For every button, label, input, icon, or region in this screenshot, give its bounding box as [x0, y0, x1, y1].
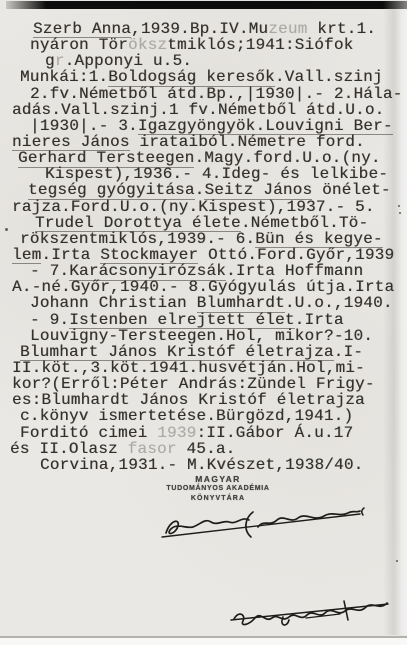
- typed-text-segment: zeum: [268, 21, 307, 37]
- library-stamp: MAGYAR TUDOMÁNYOS AKADÉMIA KÖNYVTÁRA: [128, 474, 308, 504]
- typed-line: A.-né.Győr,1940.- 8.Gyógyulás útja.Irta: [0, 279, 407, 295]
- typed-line: II.köt.,3.köt.1941.husvétján.Hol,mi-: [0, 360, 407, 376]
- typed-text-segment: és II.Olasz: [10, 441, 128, 457]
- typed-text-segment: kor?(Erről:Péter András:Zündel Frigy-: [12, 376, 375, 392]
- typed-line: Corvina,1931.- M.Kvészet,1938/40.: [0, 457, 407, 473]
- typed-text-segment: .Németből.Tö-: [241, 215, 368, 231]
- typed-line: adás.Vall.szinj.1 fv.Németből átd.U.o.: [0, 102, 407, 118]
- typed-text-segment: :II.Gábor Á.u.17: [196, 425, 353, 441]
- handwriting-strike-line: [162, 514, 360, 537]
- typed-text-segment: Louvigny-Tersteegen.Hol, mikor?-10.: [30, 328, 373, 344]
- typed-text-segment: g: [45, 53, 55, 69]
- typed-line: - 7.Karácsonyirózsák.Irta Hoffmann: [0, 263, 407, 279]
- typed-line: rajza.Ford.U.o.(ny.Kispest),1937.- 5.: [0, 199, 407, 215]
- stamp-line-1: MAGYAR: [128, 474, 308, 484]
- handwriting-stroke: [362, 508, 364, 515]
- typed-line: Johann Christian Blumhardt.U.o.,1940.: [0, 295, 407, 311]
- handwriting-stroke: [246, 512, 253, 537]
- paper-speck: [399, 212, 401, 214]
- typed-line: lem.Irta Stockmayer Ottó.Ford.Győr,1939: [0, 247, 407, 263]
- typed-line: kor?(Erről:Péter András:Zündel Frigy-: [0, 376, 407, 392]
- typed-text-segment: 2.fv.Németből átd.Bp.,|1930|.- 2.Hála-: [30, 86, 402, 102]
- typed-text-segment: 45.a.: [177, 441, 236, 457]
- typed-text-segment: .Magy.ford.U.o.(ny.: [194, 150, 380, 166]
- scan-top-edge: [6, 1, 407, 9]
- handwritten-note-upper: [156, 505, 368, 541]
- typed-text-segment: A.-né.Győr,1940.- 8.Gyógyulás útja.Irta: [12, 279, 394, 295]
- stamp-line-3: KÖNYVTÁRA: [128, 494, 308, 504]
- typed-line: Trudel Dorottya élete.Németből.Tö-: [0, 215, 407, 231]
- typed-line: c.könyv ismertetése.Bürgözd,1941.): [0, 408, 407, 424]
- typed-text-segment: .I-: [334, 344, 363, 360]
- typed-line: gr.Apponyi u.5.: [0, 53, 407, 69]
- typed-line: Gerhard Tersteegen.Magy.ford.U.o.(ny.: [0, 150, 407, 166]
- typed-text-segment: - 9.: [30, 312, 69, 328]
- handwritten-note-lower: [228, 592, 396, 626]
- paper-background: Szerb Anna,1939.Bp.IV.Muzeum krt.1.nyáro…: [0, 0, 407, 645]
- typed-line: Munkái:1.Boldogság keresők.Vall.szinj: [0, 69, 407, 85]
- typed-line: es:Blumhardt János Kristóf életrajza: [0, 392, 407, 408]
- typed-text-segment: öksz: [128, 37, 167, 53]
- typed-line: |1930|.- 3.Igazgyöngyök.Louvigni Ber-: [0, 118, 407, 134]
- typed-text-segment: Forditó cimei: [20, 425, 157, 441]
- typed-text-segment: rajza.Ford.U.o.(ny.Kispest),1937.- 5.: [12, 199, 375, 215]
- typed-text-segment: |1930|.- 3.: [30, 118, 138, 134]
- typed-text-segment: Corvina,1931.- M.Kvészet,1938/40.: [40, 457, 363, 473]
- typed-line: rökszentmiklós,1939.- 6.Bün és kegye-: [0, 231, 407, 247]
- typed-text-segment: fasor: [128, 441, 177, 457]
- typed-text-segment: Munkái:1.: [20, 69, 108, 85]
- typed-text-segment: tmiklós;1941:Siófok: [167, 37, 353, 53]
- typed-text-segment: .Irta: [295, 312, 344, 328]
- typed-text-segment: - 7.: [30, 263, 69, 279]
- typed-text-segment: es:Blumhardt János Kristóf életrajza: [12, 392, 365, 408]
- typed-text-segment: Kispest),1936.- 4.Ideg- és lelkibe-: [45, 166, 388, 182]
- typed-line: Blumhart János Kristóf életrajza.I-: [0, 344, 407, 360]
- typed-line: és II.Olasz fasor 45.a.: [0, 441, 407, 457]
- scan-bottom-margin: [0, 638, 407, 645]
- typed-text-segment: r: [55, 53, 65, 69]
- typed-line: Szerb Anna,1939.Bp.IV.Muzeum krt.1.: [0, 21, 407, 37]
- typed-text-segment: irataiból.Németre ford.: [130, 134, 365, 150]
- typed-line: nieres János irataiból.Németre ford.: [0, 134, 407, 150]
- stamp-line-2: TUDOMÁNYOS AKADÉMIA: [128, 484, 308, 494]
- typed-line: - 9.Istenben elrejtett élet.Irta: [0, 312, 407, 328]
- typed-text-segment: 1939: [157, 425, 196, 441]
- paper-speck: [5, 228, 8, 231]
- typed-text-segment: .Irta: [41, 247, 100, 263]
- typed-line: Louvigny-Tersteegen.Hol, mikor?-10.: [0, 328, 407, 344]
- typed-line: tegség gyógyitása.Seitz János önélet-: [0, 182, 407, 198]
- typed-text-segment: krt.1.: [307, 21, 376, 37]
- typed-text-segment: rökszentmiklós,1939.- 6.: [20, 231, 255, 247]
- typed-line: Forditó cimei 1939:II.Gábor Á.u.17: [0, 425, 407, 441]
- typed-text-segment: .Irta Hoffmann: [226, 263, 363, 279]
- typed-line: Kispest),1936.- 4.Ideg- és lelkibe-: [0, 166, 407, 182]
- typed-text-segment: nyáron Tör: [30, 37, 128, 53]
- typed-text-segment: c.könyv ismertetése.Bürgözd,1941.): [20, 408, 353, 424]
- typed-text-segment: .Apponyi u.5.: [65, 53, 192, 69]
- typed-text-segment: .: [195, 182, 205, 198]
- typewritten-text: Szerb Anna,1939.Bp.IV.Muzeum krt.1.nyáro…: [0, 21, 407, 473]
- scanned-catalog-card: { "card": { "lines": [ {"indent": 33, "s…: [0, 0, 407, 645]
- typed-text-segment: .U.o.,1940.: [285, 295, 393, 311]
- paper-speck: [398, 205, 400, 207]
- typed-line: 2.fv.Németből átd.Bp.,|1930|.- 2.Hála-: [0, 86, 407, 102]
- typed-text-segment: Johann Christian: [30, 295, 197, 311]
- typed-text-segment: .Vall.szinj: [275, 69, 383, 85]
- typed-line: nyáron Töröksztmiklós;1941:Siófok: [0, 37, 407, 53]
- typed-text-segment: II.köt.,3.köt.1941.husvétján.Hol,mi-: [12, 360, 365, 376]
- typed-text-segment: adás.Vall.szinj.1 fv.Németből átd.U.o.: [12, 102, 384, 118]
- typed-text-segment: Ottó.Ford.Győr,1939: [198, 247, 394, 263]
- paper-speck: [396, 560, 398, 562]
- typed-text-segment: önélet-: [312, 182, 390, 198]
- typed-text-segment: ,1939.Bp.IV.Mu: [131, 21, 268, 37]
